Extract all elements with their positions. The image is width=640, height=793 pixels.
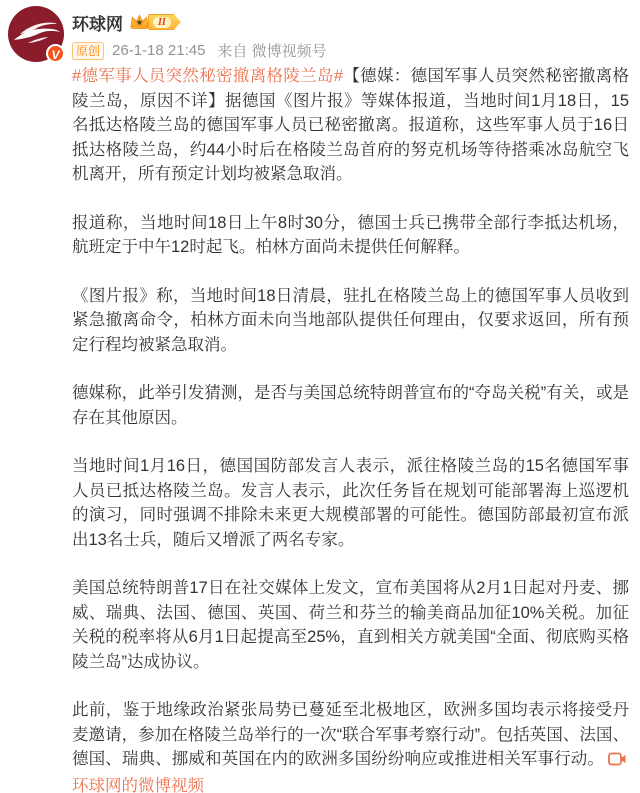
- weibo-post: V 环球网 II 原创 26-1-18 21:45 来自 微博视频号: [0, 0, 640, 793]
- post-header: V 环球网 II 原创 26-1-18 21:45 来自 微博视频号: [8, 6, 632, 62]
- post-source[interactable]: 来自 微博视频号: [217, 40, 326, 61]
- paragraph-7: 此前，鉴于地缘政治紧张局势已蔓延至北极地区，欧洲多国均表示将接受丹麦邀请，参加在…: [72, 698, 629, 793]
- hashtag-link[interactable]: #德军事人员突然秘密撤离格陵兰岛#: [72, 67, 343, 85]
- header-text: 环球网 II 原创 26-1-18 21:45 来自 微博视频号: [72, 6, 327, 61]
- paragraph-5: 当地时间1月16日，德国国防部发言人表示，派往格陵兰岛的15名德国军事人员已抵达…: [72, 454, 629, 552]
- video-link-label: 环球网的微博视频: [72, 777, 204, 793]
- avatar[interactable]: V: [8, 6, 64, 62]
- author-name[interactable]: 环球网: [72, 10, 123, 35]
- post-timestamp: 26-1-18 21:45: [112, 42, 205, 59]
- paragraph-7-text: 此前，鉴于地缘政治紧张局势已蔓延至北极地区，欧洲多国均表示将接受丹麦邀请，参加在…: [72, 701, 629, 768]
- video-camera-icon: [608, 749, 627, 774]
- paragraph-3: 《图片报》称，当地时间18日清晨，驻扎在格陵兰岛上的德国军事人员收到紧急撤离命令…: [72, 284, 629, 358]
- crown-icon[interactable]: [129, 13, 150, 31]
- original-badge: 原创: [72, 42, 104, 60]
- source-channel: 微博视频号: [252, 43, 327, 60]
- paragraph-2: 报道称，当地时间18日上午8时30分，德国士兵已携带全部行李抵达机场，航班定于中…: [72, 211, 629, 260]
- post-body: #德军事人员突然秘密撤离格陵兰岛#【德媒：德国军事人员突然秘密撤离格陵兰岛，原因…: [72, 64, 629, 793]
- paragraph-4: 德媒称，此举引发猜测，是否与美国总统特朗普宣布的“夺岛关税”有关，或是存在其他原…: [72, 381, 629, 430]
- paragraph-1: #德军事人员突然秘密撤离格陵兰岛#【德媒：德国军事人员突然秘密撤离格陵兰岛，原因…: [72, 64, 629, 187]
- vip-level-badge[interactable]: II: [148, 14, 181, 30]
- vip-level-label: II: [153, 17, 171, 28]
- paragraph-6: 美国总统特朗普17日在社交媒体上发文，宣布美国将从2月1日起对丹麦、挪威、瑞典、…: [72, 576, 629, 674]
- verified-badge-icon: V: [46, 44, 65, 63]
